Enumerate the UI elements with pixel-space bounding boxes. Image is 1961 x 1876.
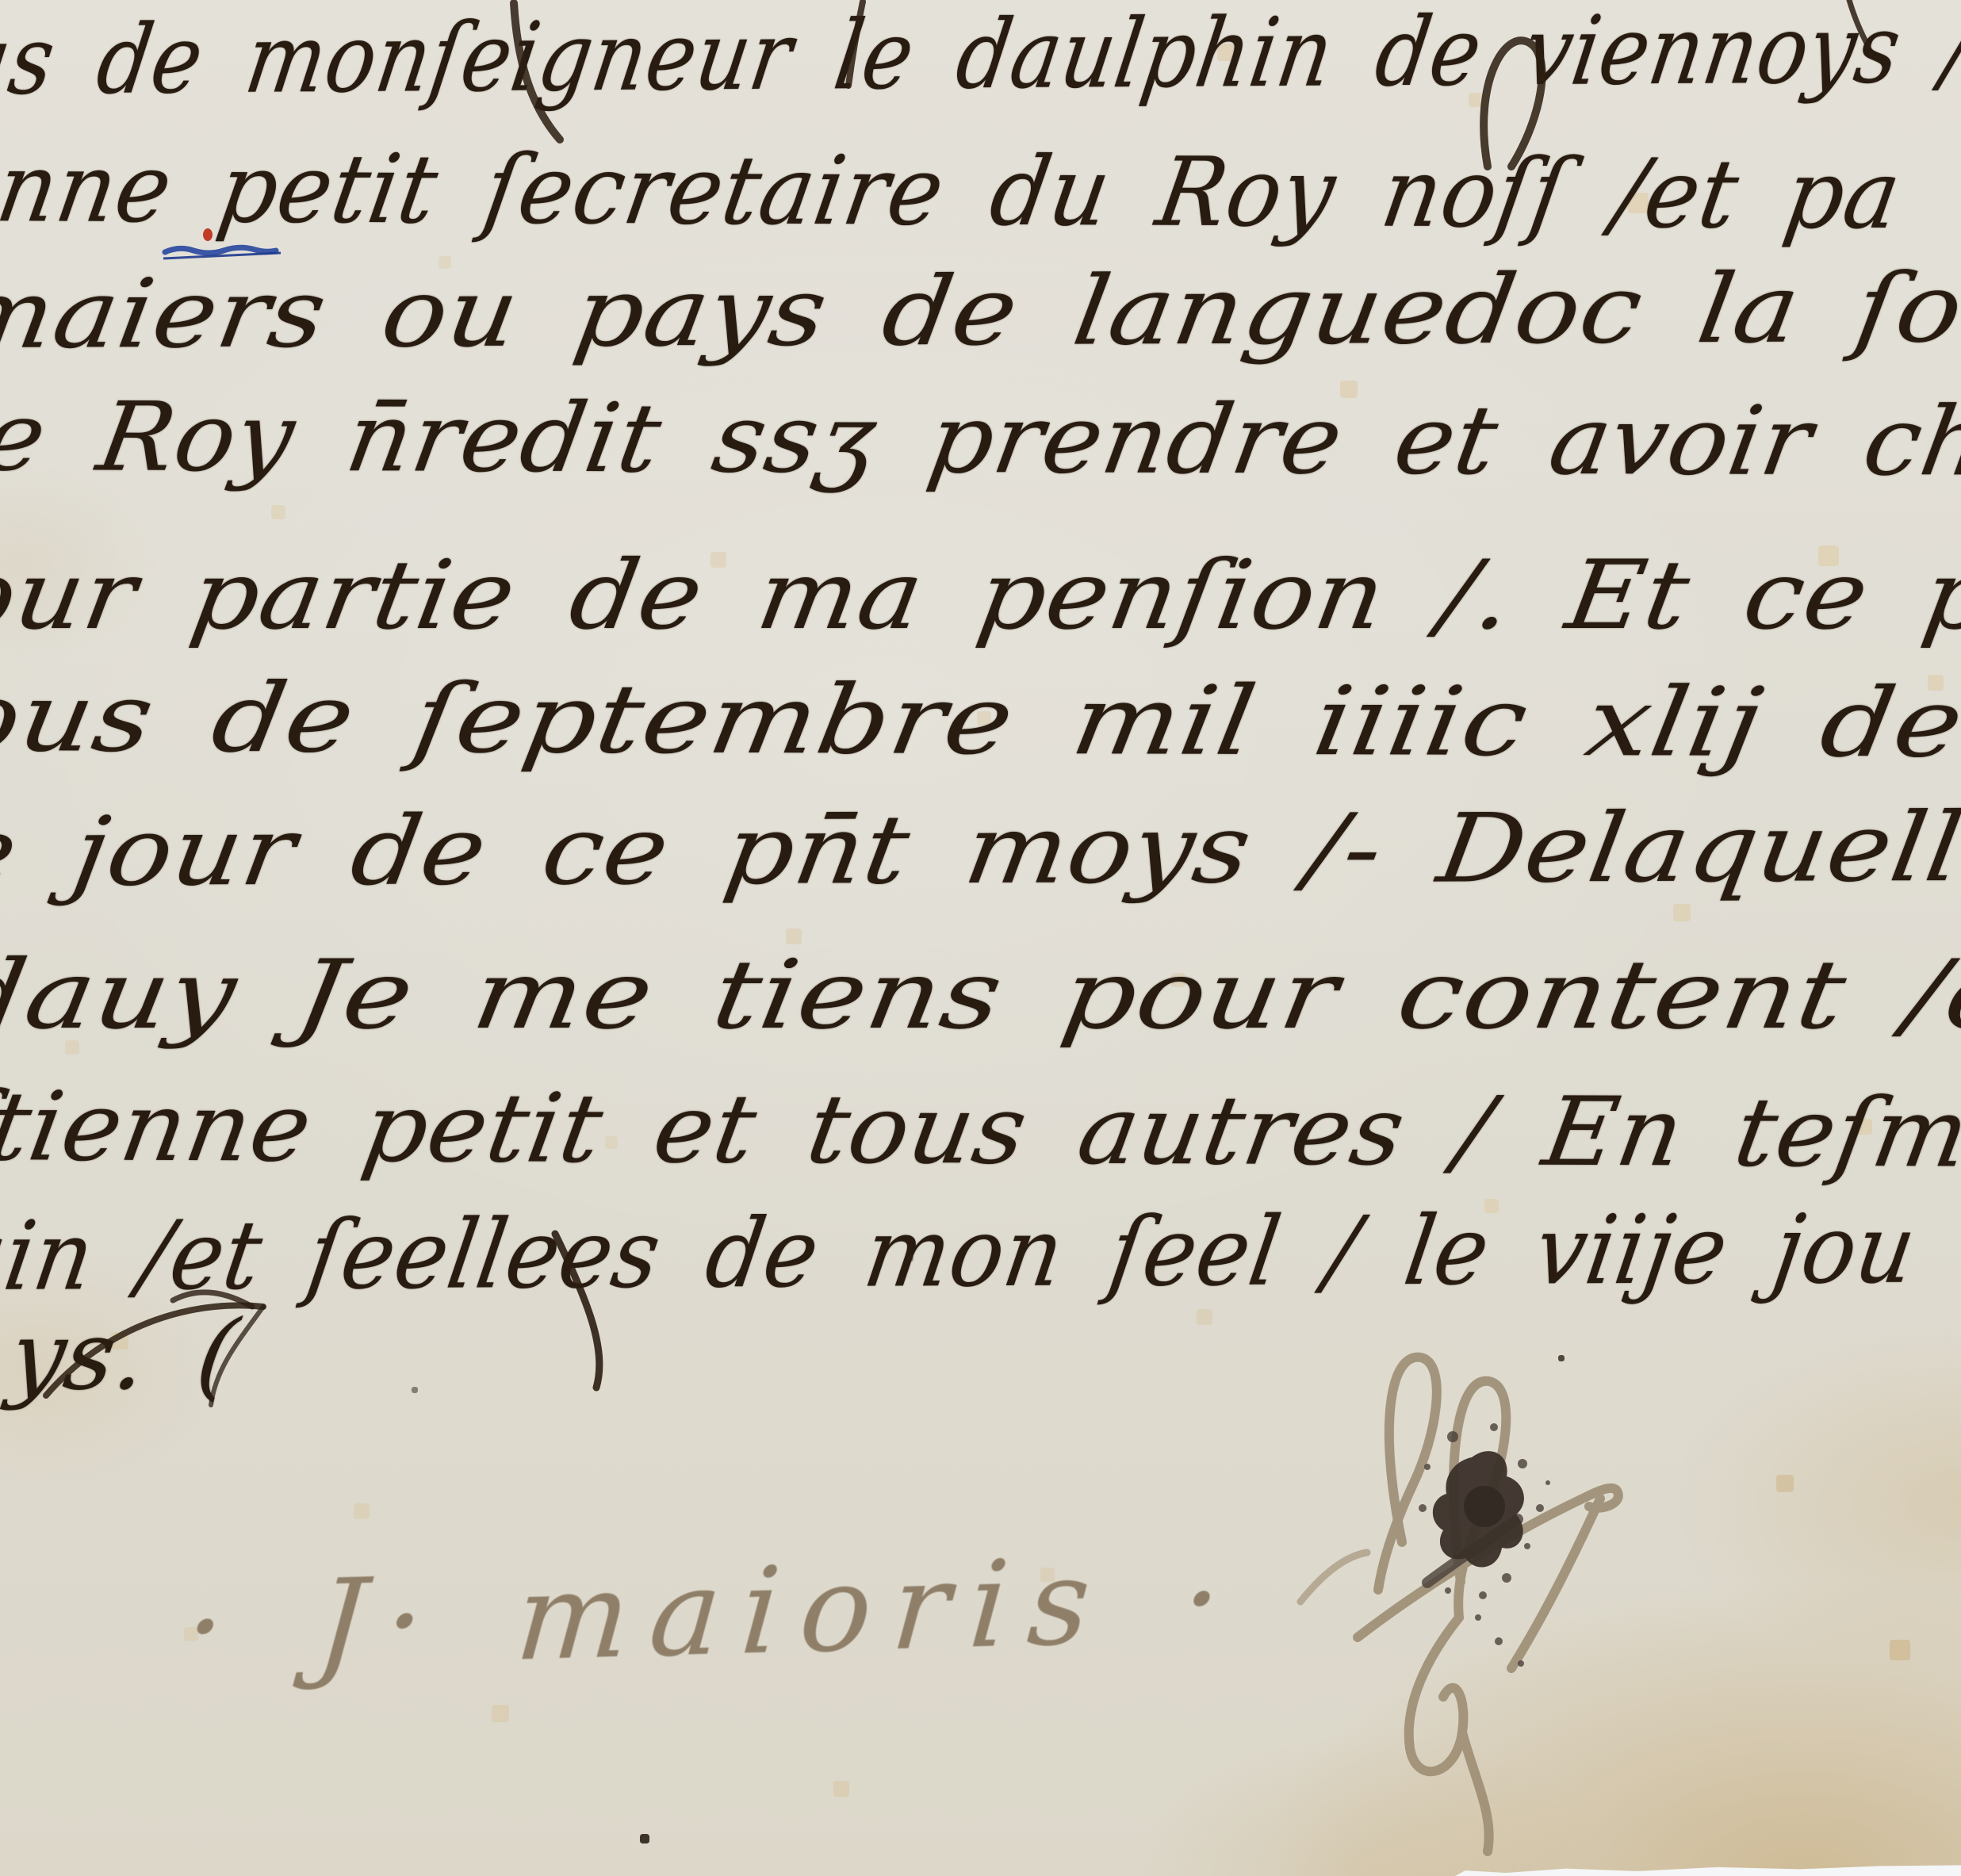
manuscript-line: ain /et ſeellees de mon ſeel / le viije … — [0, 1203, 1922, 1305]
ink-blot — [1433, 1451, 1524, 1567]
manuscript-line: our partie de ma penſion /. Et ce p — [0, 549, 1961, 644]
parchment-torn-edge — [1455, 1862, 1961, 1876]
ink-blot-core — [1464, 1486, 1505, 1527]
notary-signature: · J· maioris · — [182, 1539, 1246, 1688]
manuscript-line: le Roy n̄redit ssʒ prendre et avoir ch — [0, 390, 1961, 490]
manuscript-line: maiers ou pays de languedoc la ſomme — [0, 261, 1961, 363]
ink-specks — [0, 0, 2, 2]
manuscript-line: us de monſeigneur le daulphin de viennoy… — [0, 2, 1961, 109]
manuscript-line: ſtienne petit et tous autres / En teſm — [0, 1080, 1961, 1182]
manuscript-line: e jour de ce pn̄t moys /- Delaquelle — [0, 801, 1961, 901]
paraph-cross-stroke — [1427, 1519, 1518, 1583]
manuscript-line: enne petit ſecretaire du Roy noſſ /et pa — [0, 141, 1907, 243]
manuscript-line-fragment: ys. ( — [4, 1308, 243, 1405]
manuscript-photo: us de monſeigneur le daulphin de viennoy… — [0, 0, 1961, 1876]
notary-paraph — [1300, 1357, 1618, 1851]
annotation-underline — [163, 253, 281, 258]
ink-spatter — [1419, 1423, 1550, 1667]
annotation-squiggle — [165, 247, 276, 253]
manuscript-line: dauy Je me tiens pour content /et — [0, 948, 1961, 1043]
manuscript-line: ous de ſeptembre mil iiiic xlij de — [0, 671, 1961, 772]
